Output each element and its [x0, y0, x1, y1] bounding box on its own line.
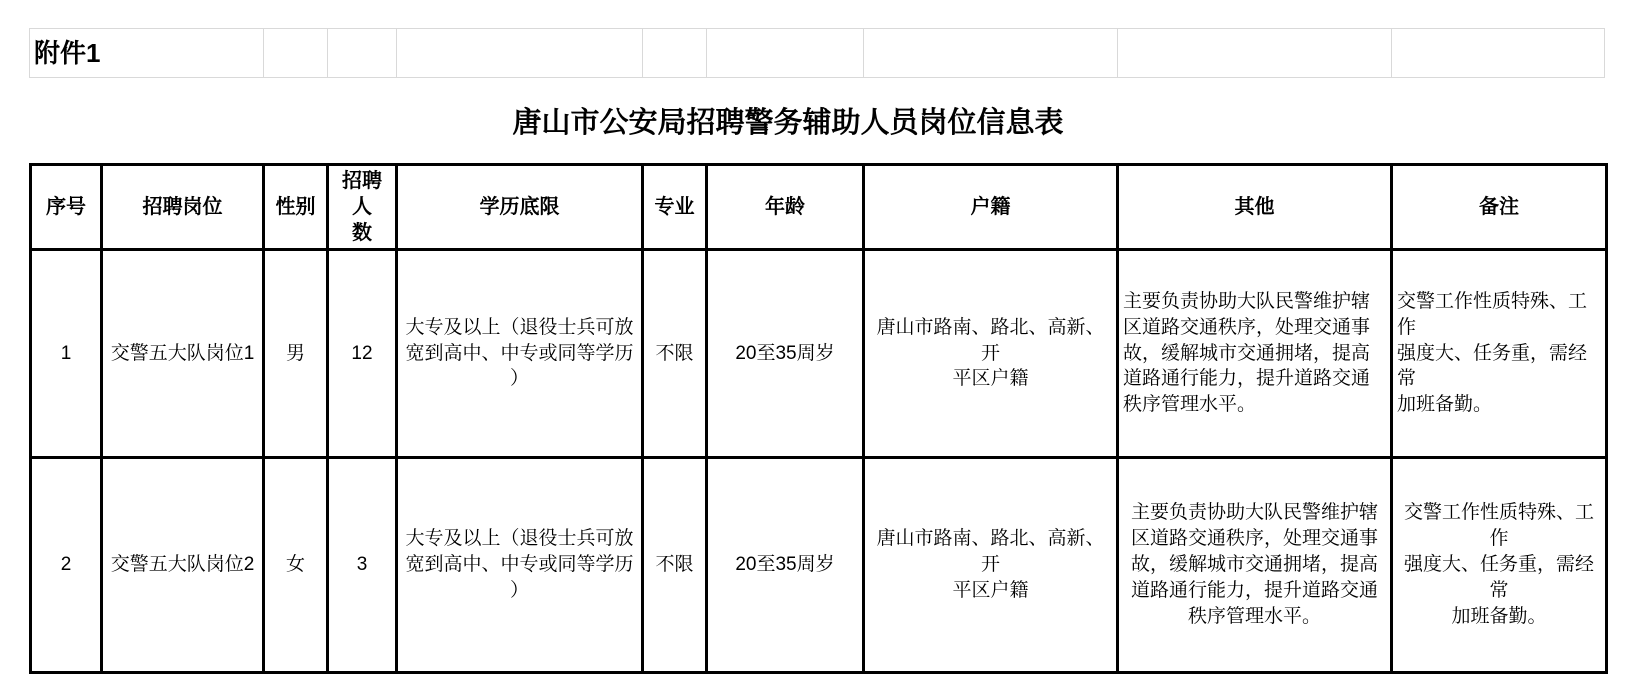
cell-remark: 交警工作性质特殊、工作 强度大、任务重，需经常 加班备勤。 — [1392, 250, 1607, 458]
cell-count: 12 — [328, 250, 397, 458]
cell-other: 主要负责协助大队民警维护辖 区道路交通秩序，处理交通事 故，缓解城市交通拥堵，提… — [1118, 250, 1392, 458]
sheet-gridline — [263, 29, 264, 77]
cell-age: 20至35周岁 — [707, 250, 864, 458]
cell-major: 不限 — [643, 250, 707, 458]
cell-hukou: 唐山市路南、路北、高新、开 平区户籍 — [864, 458, 1118, 673]
cell-other: 主要负责协助大队民警维护辖 区道路交通秩序，处理交通事 故，缓解城市交通拥堵，提… — [1118, 458, 1392, 673]
table-header-row: 序号 招聘岗位 性别 招聘人 数 学历底限 专业 年龄 户籍 其他 备注 — [31, 165, 1607, 250]
header-hukou: 户籍 — [864, 165, 1118, 250]
title-band: 唐山市公安局招聘警务辅助人员岗位信息表 — [29, 77, 1603, 163]
sheet-grid-row: 附件1 — [29, 28, 1605, 78]
header-remark: 备注 — [1392, 165, 1607, 250]
attachment-label: 附件1 — [34, 29, 100, 77]
header-seq: 序号 — [31, 165, 102, 250]
cell-position: 交警五大队岗位1 — [102, 250, 264, 458]
sheet-gridline — [396, 29, 397, 77]
header-age: 年龄 — [707, 165, 864, 250]
header-gender: 性别 — [264, 165, 328, 250]
cell-hukou: 唐山市路南、路北、高新、开 平区户籍 — [864, 250, 1118, 458]
header-major: 专业 — [643, 165, 707, 250]
cell-position: 交警五大队岗位2 — [102, 458, 264, 673]
page-title: 唐山市公安局招聘警务辅助人员岗位信息表 — [512, 100, 1063, 141]
cell-major: 不限 — [643, 458, 707, 673]
header-education: 学历底限 — [397, 165, 643, 250]
cell-gender: 女 — [264, 458, 328, 673]
sheet-gridline — [327, 29, 328, 77]
cell-education: 大专及以上（退役士兵可放 宽到高中、中专或同等学历 ） — [397, 458, 643, 673]
cell-seq: 1 — [31, 250, 102, 458]
cell-gender: 男 — [264, 250, 328, 458]
header-position: 招聘岗位 — [102, 165, 264, 250]
sheet-gridline — [863, 29, 864, 77]
sheet-gridline — [706, 29, 707, 77]
table-row: 1 交警五大队岗位1 男 12 大专及以上（退役士兵可放 宽到高中、中专或同等学… — [31, 250, 1607, 458]
header-count: 招聘人 数 — [328, 165, 397, 250]
sheet-gridline — [1391, 29, 1392, 77]
cell-count: 3 — [328, 458, 397, 673]
cell-age: 20至35周岁 — [707, 458, 864, 673]
sheet-gridline — [642, 29, 643, 77]
job-info-table: 序号 招聘岗位 性别 招聘人 数 学历底限 专业 年龄 户籍 其他 备注 1 交… — [29, 163, 1608, 674]
sheet-gridline — [1117, 29, 1118, 77]
cell-education: 大专及以上（退役士兵可放 宽到高中、中专或同等学历 ） — [397, 250, 643, 458]
cell-remark: 交警工作性质特殊、工作 强度大、任务重，需经常 加班备勤。 — [1392, 458, 1607, 673]
cell-seq: 2 — [31, 458, 102, 673]
document-page: 附件1 唐山市公安局招聘警务辅助人员岗位信息表 序号 招聘岗位 性别 招聘人 数… — [0, 0, 1636, 677]
table-row: 2 交警五大队岗位2 女 3 大专及以上（退役士兵可放 宽到高中、中专或同等学历… — [31, 458, 1607, 673]
header-other: 其他 — [1118, 165, 1392, 250]
